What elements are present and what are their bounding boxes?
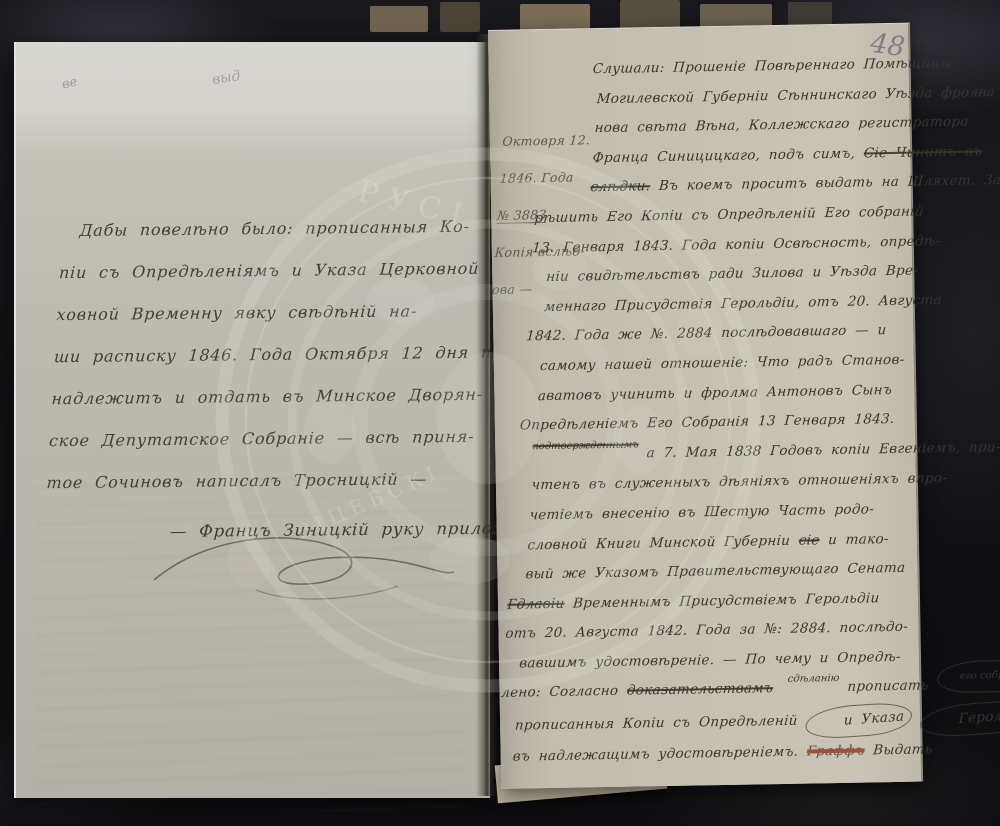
- manuscript-text-segment: словной Книги Минской Губерніи: [527, 532, 799, 553]
- manuscript-text-segment: прописанныя Копіи съ Опредѣленій: [514, 713, 807, 734]
- manuscript-text-segment: прописать: [838, 678, 938, 696]
- manuscript-text-segment: самому нашей отношеніе: Что радъ Станов-: [539, 352, 905, 374]
- manuscript-text-segment: сдѣланію: [773, 664, 841, 695]
- manuscript-text-segment: Гдлавіи: [507, 595, 565, 612]
- manuscript-text-segment: Въ коемъ проситъ выдать на Шляхет. За-: [650, 172, 1000, 194]
- manuscript-text-segment: Сіе Чинитъ въ: [863, 143, 983, 161]
- manuscript-text-segment: ніи свидѣтельствъ ради Зилова и Уѣзда Вр…: [546, 263, 919, 286]
- manuscript-line: прописанныя Копіи съ Опредѣленій и Указа…: [484, 704, 888, 743]
- manuscript-text-segment: отъ 20. Августа 1842. Года за №: 2884. п…: [505, 619, 909, 642]
- manuscript-text-segment: нова свѣта Вѣна, Коллежскаго регистратор…: [594, 114, 969, 137]
- photographed-archive-spread: ве выд Дабы повелѣно было: прописанныя К…: [0, 0, 1000, 826]
- manuscript-text-segment: вавшимъ удостовѣреніе. — По чему и Опред…: [519, 649, 902, 672]
- manuscript-text-segment: и Указа: [806, 701, 913, 740]
- manuscript-text-segment: рѣшить Его Копіи съ Опредѣленій Его собр…: [534, 203, 925, 226]
- manuscript-line: ховной Временну явку свѣдѣній на-: [55, 290, 477, 336]
- manuscript-text-segment: Геролвдіи: [921, 698, 1000, 738]
- manuscript-text-segment: четіемъ внесенію въ Шестую Часть родо-: [529, 501, 875, 523]
- manuscript-line: ское Депутатское Собраніе — всѣ приня-: [48, 416, 470, 462]
- page-block-edge: [440, 2, 480, 32]
- manuscript-text-segment: 1842. Года же №. 2884 послѣдовавшаго — и: [526, 322, 888, 344]
- manuscript-text-segment: Временнымъ Присудствіемъ Герольдіи: [564, 590, 880, 612]
- manuscript-text-segment: Слушали: Прошеніе Повѣреннаго Помѣщицы: [592, 55, 952, 77]
- manuscript-text-segment: слѣдки.: [590, 179, 651, 196]
- manuscript-text-segment: меннаго Присудствія Герольдіи, отъ 20. А…: [544, 292, 943, 315]
- manuscript-text-segment: 13. Генваря 1843. Года копіи Освѣсность,…: [532, 233, 942, 256]
- manuscript-text-segment: Выдать: [864, 741, 933, 758]
- left-manuscript-page: ве выд Дабы повелѣно было: прописанныя К…: [14, 42, 490, 798]
- manuscript-text-segment: доказательствамъ: [626, 681, 773, 700]
- manuscript-line: въ надлежащимъ удостовѣреніемъ. Граффъ В…: [482, 736, 886, 773]
- manuscript-text-segment: а 7. Мая 1838 Годовъ копіи Евгеніемъ, пр…: [638, 439, 1000, 461]
- manuscript-text-segment: аватовъ учинить и фролма Антоновъ Сынъ: [537, 382, 892, 404]
- right-page-text: Слушали: Прошеніе Повѣреннаго ПомѣщицыМо…: [482, 49, 934, 772]
- manuscript-line: Дабы повелѣно было: прописанныя Ко-: [60, 206, 482, 252]
- manuscript-text-segment: лено: Согласно: [501, 683, 628, 701]
- manuscript-text-segment: сіе: [798, 532, 820, 548]
- manuscript-text-segment: и тако-: [819, 531, 889, 548]
- manuscript-text-segment: чтенъ въ служенныхъ дѣяніяхъ отношеніяхъ…: [531, 470, 948, 493]
- signature-flourish: [136, 528, 466, 608]
- manuscript-line: піи съ Опредѣленіямъ и Указа Церковной д…: [58, 248, 480, 294]
- manuscript-text-segment: подтвержденнымъ: [517, 430, 639, 462]
- manuscript-line: надлежитъ и отдать въ Минское Дворян-: [50, 374, 472, 420]
- pencil-scribble: ве: [61, 75, 79, 93]
- manuscript-text-segment: въ надлежащимъ удостовѣреніемъ.: [512, 743, 807, 764]
- manuscript-text-segment: Граффъ: [806, 742, 865, 759]
- right-manuscript-page: 48 Октовря 12.1846. Года№ 3883Копія вслѣ…: [488, 23, 923, 789]
- manuscript-line: тое Сочиновъ написалъ Тросницкій —: [45, 458, 467, 504]
- manuscript-text-segment: Франца Синицицкаго, подъ симъ,: [592, 145, 864, 166]
- pencil-scribble: выд: [211, 68, 241, 88]
- manuscript-text-segment: вый же Указомъ Правительствующаго Сената: [525, 560, 906, 583]
- left-page-text: Дабы повелѣно было: прописанныя Ко-піи с…: [45, 206, 482, 505]
- manuscript-line: ши расписку 1846. Года Октября 12 дня пр…: [53, 332, 475, 378]
- page-block-edge: [370, 6, 428, 32]
- manuscript-text-segment: его собраніи: [937, 660, 1000, 693]
- manuscript-text-segment: Могилевской Губерніи Сѣннинскаго Уѣзда ф…: [596, 83, 1000, 107]
